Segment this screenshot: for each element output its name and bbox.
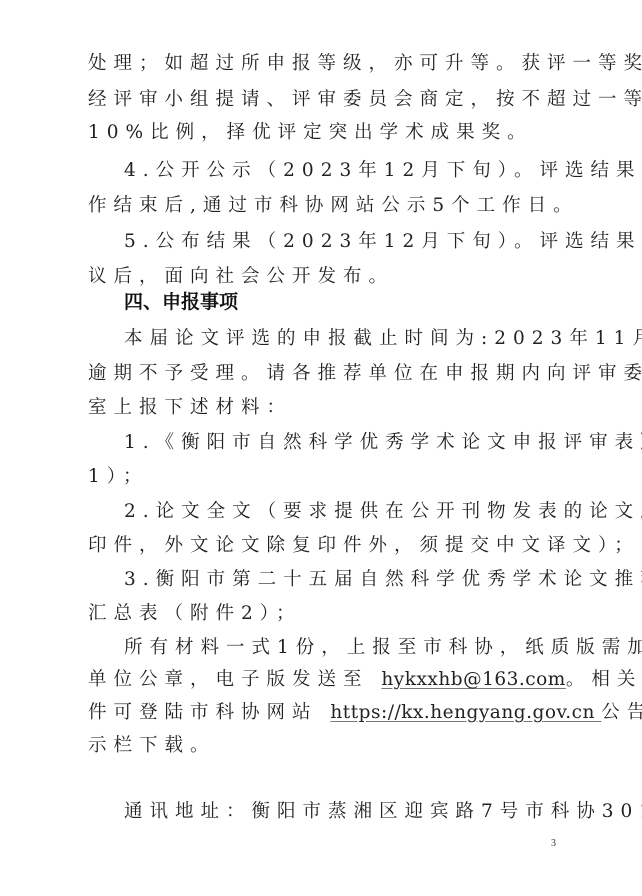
paragraph-line: 汇总表（附件2）；	[88, 601, 558, 627]
paragraph-line: 示栏下载。	[88, 733, 558, 759]
paragraph-line: 处理；如超过所申报等级，亦可升等。获评一等奖的论文，	[88, 51, 558, 77]
paragraph-line: 议后，面向社会公开发布。	[88, 264, 558, 290]
url-line-suffix: 公告公	[601, 702, 642, 723]
email-line-suffix: 。相关表格和文	[566, 669, 642, 690]
email-link[interactable]: hykxxhb@163.com	[381, 669, 565, 690]
document-page: 处理；如超过所申报等级，亦可升等。获评一等奖的论文， 经评审小组提请、评审委员会…	[0, 0, 642, 896]
paragraph-line: 1.《衡阳市自然科学优秀学术论文申报评审表》（附件	[124, 430, 558, 456]
page-number: 3	[551, 838, 556, 849]
paragraph-line: 2.论文全文（要求提供在公开刊物发表的论文原文或复	[124, 499, 558, 525]
paragraph-line: 作结束后,通过市科协网站公示5个工作日。	[88, 193, 558, 219]
paragraph-line: 4.公开公示（2023年12月下旬）。评选结果将在评审工	[124, 158, 558, 184]
paragraph-line-email: 单位公章，电子版发送至 hykxxhb@163.com。相关表格和文	[88, 667, 558, 693]
paragraph-line: 所有材料一式1份，上报至市科协，纸质版需加盖推荐	[124, 635, 558, 661]
paragraph-line: 逾期不予受理。请各推荐单位在申报期内向评审委员会办公	[88, 361, 558, 387]
paragraph-line: 1）；	[88, 464, 558, 490]
email-line-prefix: 单位公章，电子版发送至	[88, 669, 381, 690]
paragraph-line-url: 件可登陆市科协网站 https://kx.hengyang.gov.cn 公告公	[88, 700, 558, 726]
paragraph-line: 3.衡阳市第二十五届自然科学优秀学术论文推荐情况	[124, 567, 558, 593]
paragraph-line: 5.公布结果（2023年12月下旬）。评选结果经公示无异	[124, 229, 558, 255]
paragraph-line: 室上报下述材料：	[88, 395, 558, 421]
paragraph-line: 10%比例，择优评定突出学术成果奖。	[88, 120, 558, 146]
section-heading: 四、申报事项	[124, 289, 594, 315]
url-line-prefix: 件可登陆市科协网站	[88, 702, 330, 723]
contact-address: 通讯地址：衡阳市蒸湘区迎宾路7号市科协301室	[124, 799, 558, 825]
paragraph-line: 本届论文评选的申报截止时间为:2023年11月20日前，	[124, 326, 558, 352]
paragraph-line: 经评审小组提请、评审委员会商定，按不超过一等奖论文数	[88, 87, 558, 113]
paragraph-line: 印件，外文论文除复印件外，须提交中文译文）；	[88, 533, 558, 559]
website-link[interactable]: https://kx.hengyang.gov.cn	[330, 702, 601, 723]
